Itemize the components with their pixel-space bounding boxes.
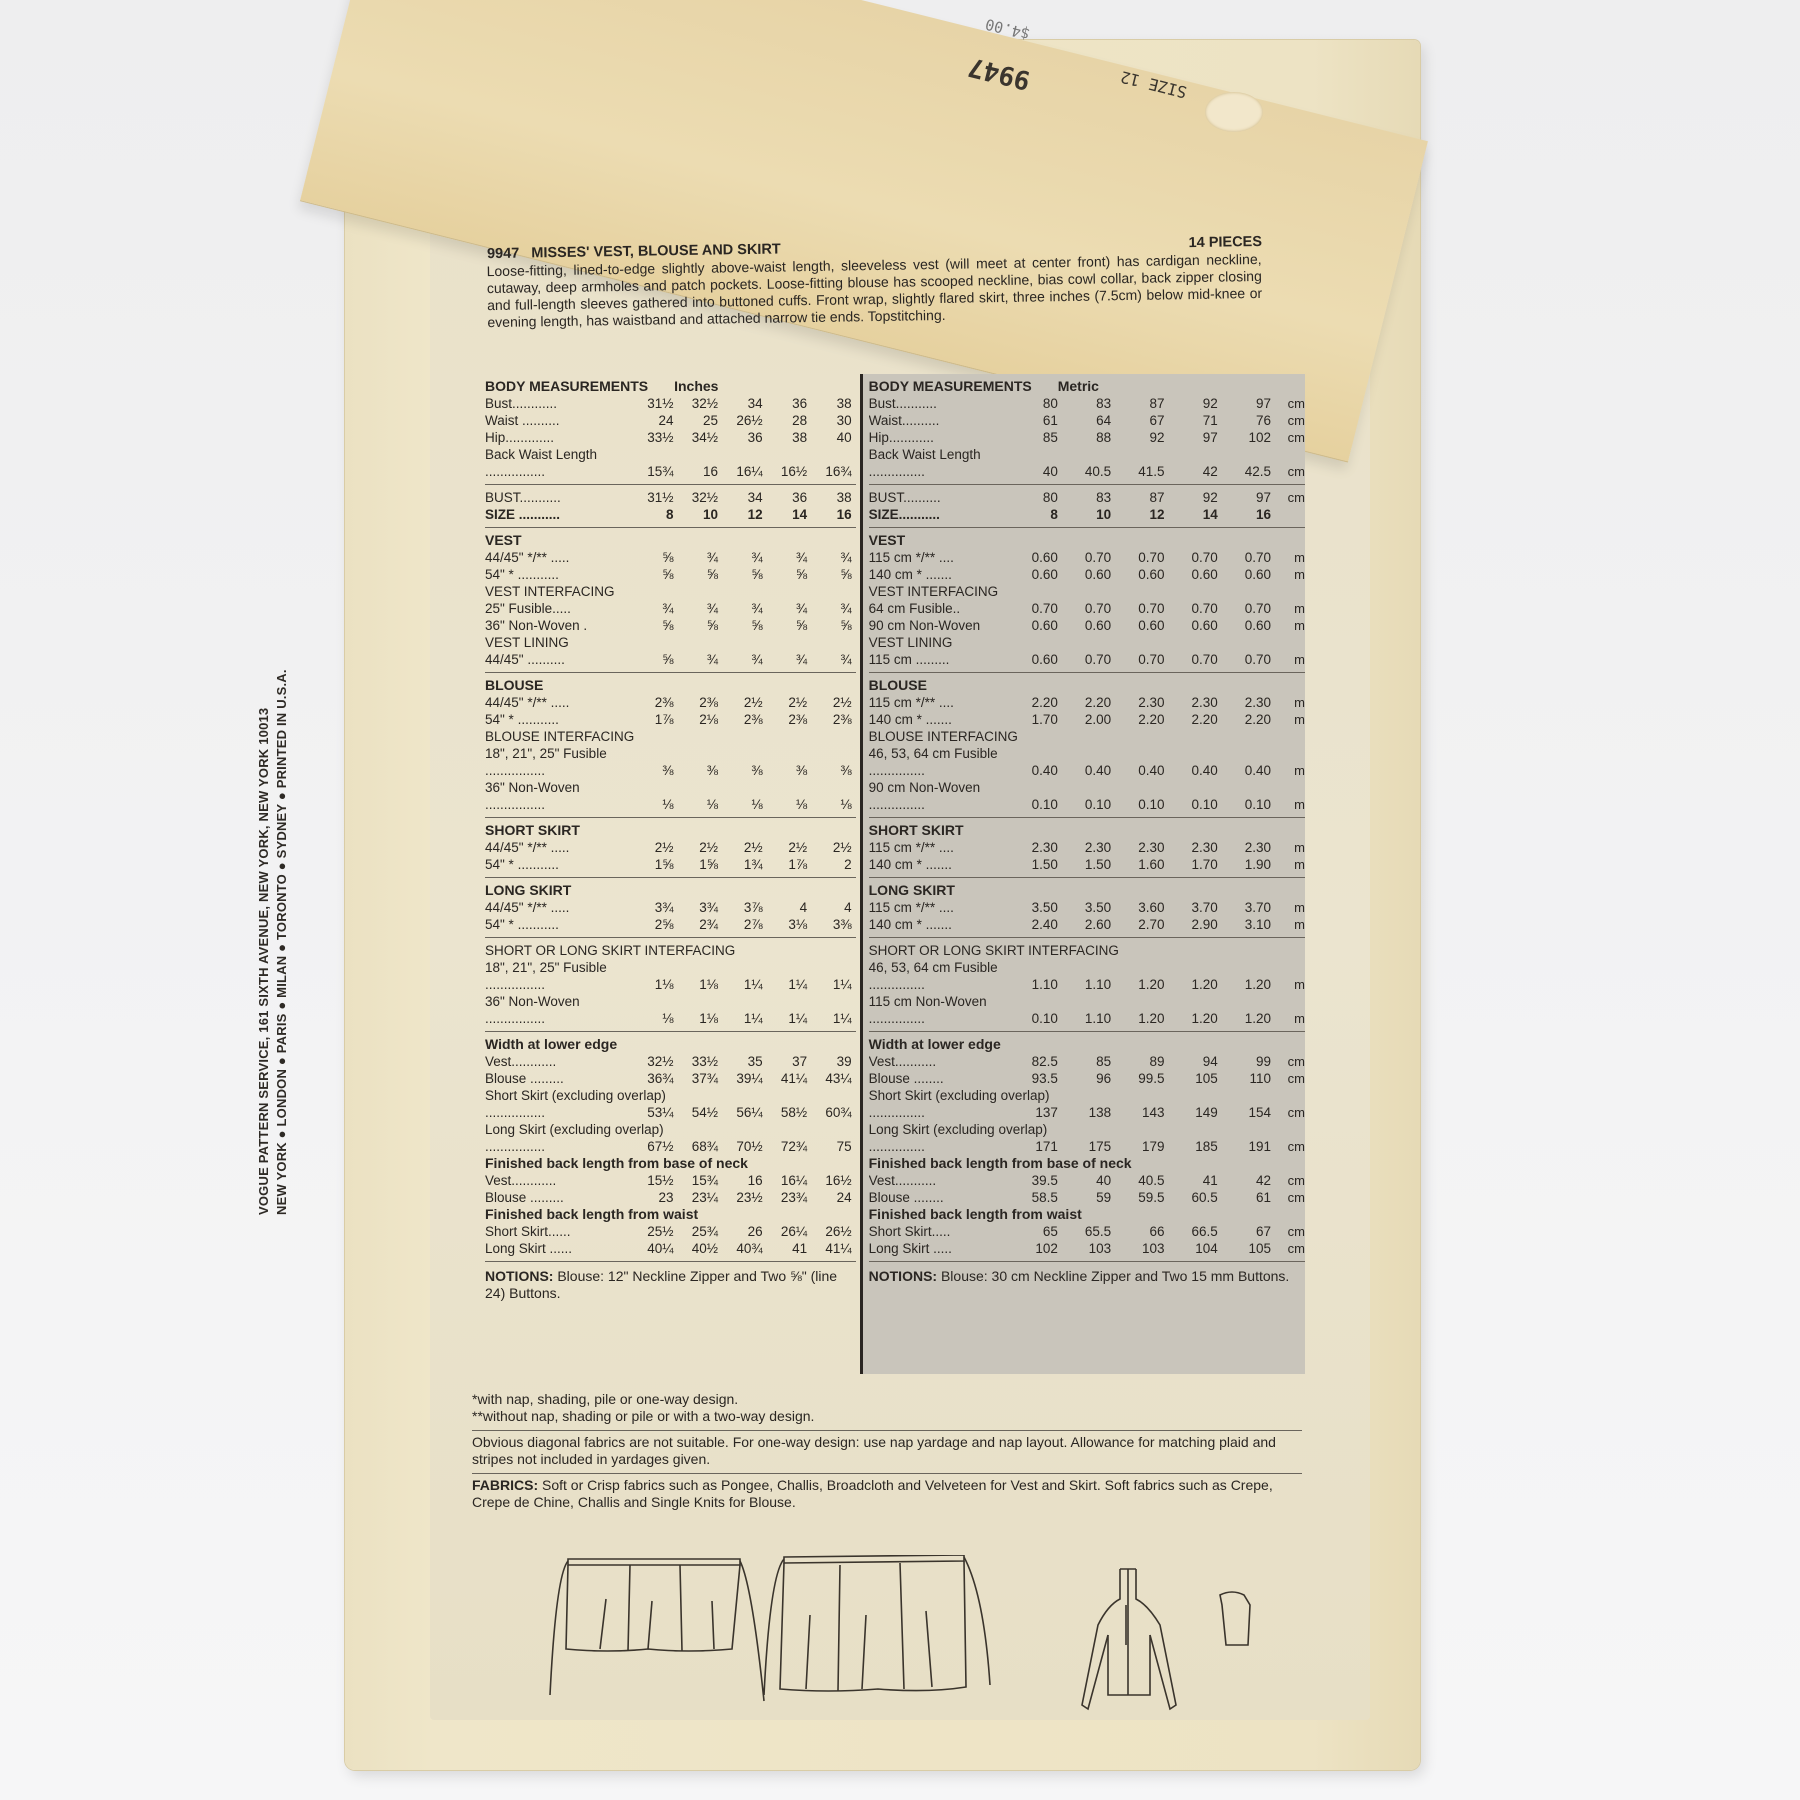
- short-skirt-drawing: [550, 1559, 764, 1701]
- cell-value: 1.50: [1009, 856, 1062, 873]
- cell-value: 8: [1009, 506, 1062, 523]
- cell-value: 32½: [678, 489, 723, 506]
- cell-value: 97: [1222, 395, 1275, 412]
- cell-value: 41.5: [1115, 463, 1168, 480]
- section-title: BLOUSE: [869, 677, 1305, 694]
- cell-value: 93.5: [1009, 1070, 1062, 1087]
- cell-value: 2½: [767, 694, 812, 711]
- unit-suffix: m: [1275, 762, 1305, 779]
- cell-value: 0.40: [1062, 762, 1115, 779]
- cell-value: 0.70: [1062, 651, 1115, 668]
- cell-value: 40: [1009, 463, 1062, 480]
- sub-label: 36" Non-Woven: [485, 993, 856, 1010]
- row-values: 40¼40½40¾4141¼: [633, 1240, 856, 1257]
- cell-value: 0.60: [1009, 651, 1062, 668]
- cell-value: 16¼: [767, 1172, 812, 1189]
- cell-value: ¾: [633, 600, 678, 617]
- cell-value: 1¼: [811, 1010, 856, 1027]
- cell-value: 42: [1168, 463, 1221, 480]
- table-row: SIZE ...........810121416: [485, 506, 856, 523]
- section-title: Width at lower edge: [485, 1036, 856, 1053]
- table-row: ...............0.100.100.100.100.10m: [869, 796, 1305, 813]
- cell-value: 75: [811, 1138, 856, 1155]
- unit-suffix: m: [1275, 916, 1305, 933]
- cell-value: 3¾: [633, 899, 678, 916]
- cell-value: 37¾: [678, 1070, 723, 1087]
- sub-label: 18", 21", 25" Fusible: [485, 745, 856, 762]
- cell-value: 1.50: [1062, 856, 1115, 873]
- cell-value: 0.40: [1115, 762, 1168, 779]
- row-label: 115 cm */** ....: [869, 899, 1009, 916]
- row-label: 54" * ...........: [485, 916, 633, 933]
- cell-value: 61: [1009, 412, 1062, 429]
- unit-suffix: [1275, 506, 1305, 523]
- section-notions: NOTIONS: Blouse: 12" Neckline Zipper and…: [485, 1262, 856, 1306]
- cell-value: ⅝: [633, 651, 678, 668]
- row-label: Short Skirt.....: [869, 1223, 1009, 1240]
- cell-value: 39: [811, 1053, 856, 1070]
- row-values: 1⅛1⅛1¼1¼1¼: [633, 976, 856, 993]
- section-title-text: SHORT SKIRT: [485, 822, 580, 838]
- table-row: 54" * ...........2⅝2¾2⅞3⅛3⅜: [485, 916, 856, 933]
- cell-value: 2.20: [1115, 711, 1168, 728]
- cell-value: 103: [1115, 1240, 1168, 1257]
- row-label: 36" Non-Woven .: [485, 617, 633, 634]
- unit-suffix: m: [1275, 856, 1305, 873]
- long-skirt-drawing: [764, 1555, 990, 1695]
- table-row: Short Skirt......25½25¾2626¼26½: [485, 1223, 856, 1240]
- row-label: 54" * ...........: [485, 856, 633, 873]
- cell-value: 1.10: [1062, 976, 1115, 993]
- row-label: ................: [485, 463, 633, 480]
- table-row: 44/45" */** .....2½2½2½2½2½: [485, 839, 856, 856]
- cell-value: 0.70: [1222, 651, 1275, 668]
- table-row: Vest............32½33½353739: [485, 1053, 856, 1070]
- row-values: 36¾37¾39¼41¼43¼: [633, 1070, 856, 1087]
- cell-value: 32½: [678, 395, 723, 412]
- table-row: ................1⅛1⅛1¼1¼1¼: [485, 976, 856, 993]
- cell-value: 0.10: [1168, 796, 1221, 813]
- table-row: Vest...........39.54040.54142cm: [869, 1172, 1305, 1189]
- row-label: 140 cm * .......: [869, 856, 1009, 873]
- section-title-text: VEST: [869, 532, 906, 548]
- pattern-number: 9947: [487, 246, 520, 263]
- cell-value: 72¾: [767, 1138, 812, 1155]
- row-label: BUST..........: [869, 489, 1009, 506]
- unit-suffix: cm: [1275, 463, 1305, 480]
- section-short-skirt: SHORT SKIRT44/45" */** .....2½2½2½2½2½54…: [485, 818, 856, 878]
- table-row: Blouse ........93.59699.5105110cm: [869, 1070, 1305, 1087]
- cell-value: ⅛: [633, 796, 678, 813]
- notions-text: Blouse: 30 cm Neckline Zipper and Two 15…: [937, 1268, 1289, 1284]
- section-title: BODY MEASUREMENTSInches: [485, 378, 856, 395]
- unit-suffix: m: [1275, 1010, 1305, 1027]
- cell-value: 94: [1168, 1053, 1221, 1070]
- cell-value: 0.70: [1115, 600, 1168, 617]
- table-row: 140 cm * .......1.702.002.202.202.20m: [869, 711, 1305, 728]
- cell-value: 59.5: [1115, 1189, 1168, 1206]
- cell-value: 42.5: [1222, 463, 1275, 480]
- unit-suffix: cm: [1275, 1172, 1305, 1189]
- fabrics-note: FABRICS: Soft or Crisp fabrics such as P…: [472, 1474, 1302, 1516]
- cell-value: 30: [811, 412, 856, 429]
- row-label: 44/45" */** .....: [485, 549, 633, 566]
- unit-suffix: m: [1275, 600, 1305, 617]
- table-row: ...............0.101.101.201.201.20m: [869, 1010, 1305, 1027]
- row-label: BUST...........: [485, 489, 633, 506]
- cell-value: 67: [1115, 412, 1168, 429]
- row-values: 58.55959.560.561: [1009, 1189, 1275, 1206]
- table-row: 64 cm Fusible..0.700.700.700.700.70m: [869, 600, 1305, 617]
- section-body-measurements: BODY MEASUREMENTSMetricBust...........80…: [869, 374, 1305, 485]
- cell-value: 1⅛: [678, 976, 723, 993]
- cell-value: 2½: [678, 839, 723, 856]
- cell-value: 1.20: [1222, 1010, 1275, 1027]
- cell-value: 85: [1009, 429, 1062, 446]
- row-values: 31½32½343638: [633, 395, 856, 412]
- cell-value: 10: [1062, 506, 1115, 523]
- sub-label: Back Waist Length: [869, 446, 1305, 463]
- cell-value: 102: [1009, 1240, 1062, 1257]
- cell-value: 1.20: [1222, 976, 1275, 993]
- sub-label: BLOUSE INTERFACING: [485, 728, 856, 745]
- cell-value: 23: [633, 1189, 678, 1206]
- unit-suffix: cm: [1275, 489, 1305, 506]
- cell-value: 2½: [633, 839, 678, 856]
- cell-value: 2.30: [1168, 839, 1221, 856]
- row-values: 4040.541.54242.5: [1009, 463, 1275, 480]
- section-title-text: Finished back length from waist: [869, 1206, 1082, 1222]
- cell-value: ⅛: [811, 796, 856, 813]
- section-title: Finished back length from base of neck: [869, 1155, 1305, 1172]
- cell-value: 41: [767, 1240, 812, 1257]
- cell-value: 2½: [811, 694, 856, 711]
- footnote-double-star: **without nap, shading or pile or with a…: [472, 1408, 1302, 1425]
- unit-suffix: cm: [1275, 1240, 1305, 1257]
- cell-value: 105: [1168, 1070, 1221, 1087]
- row-label: ................: [485, 1138, 633, 1155]
- cell-value: 1.20: [1115, 1010, 1168, 1027]
- row-values: 810121416: [633, 506, 856, 523]
- section-title-text: Width at lower edge: [869, 1036, 1001, 1052]
- row-label: ...............: [869, 976, 1009, 993]
- cell-value: 80: [1009, 489, 1062, 506]
- cell-value: ⅝: [811, 566, 856, 583]
- cell-value: 1.20: [1168, 1010, 1221, 1027]
- cell-value: 1¼: [722, 976, 767, 993]
- cell-value: 0.60: [1222, 566, 1275, 583]
- row-label: 54" * ...........: [485, 566, 633, 583]
- cell-value: 0.60: [1222, 617, 1275, 634]
- cell-value: 103: [1062, 1240, 1115, 1257]
- section-long-skirt: LONG SKIRT115 cm */** ....3.503.503.603.…: [869, 878, 1305, 938]
- sub-label: Long Skirt (excluding overlap): [485, 1121, 856, 1138]
- unit-suffix: m: [1275, 549, 1305, 566]
- table-row: 140 cm * .......0.600.600.600.600.60m: [869, 566, 1305, 583]
- cell-value: 14: [767, 506, 812, 523]
- cell-value: 40.5: [1062, 463, 1115, 480]
- row-values: ⅛⅛⅛⅛⅛: [633, 796, 856, 813]
- section-title-text: SHORT SKIRT: [869, 822, 964, 838]
- section-title: LONG SKIRT: [869, 882, 1305, 899]
- row-label: ...............: [869, 762, 1009, 779]
- cell-value: 14: [1168, 506, 1221, 523]
- table-row: Bust............31½32½343638: [485, 395, 856, 412]
- sub-label: 36" Non-Woven: [485, 779, 856, 796]
- row-values: 0.400.400.400.400.40: [1009, 762, 1275, 779]
- sub-label: Short Skirt (excluding overlap): [869, 1087, 1305, 1104]
- cell-value: 43¼: [811, 1070, 856, 1087]
- section-vest: VEST44/45" */** .....⅝¾¾¾¾54" * ........…: [485, 528, 856, 673]
- cell-value: 2½: [722, 694, 767, 711]
- unit-suffix: cm: [1275, 429, 1305, 446]
- table-row: 44/45" */** .....⅝¾¾¾¾: [485, 549, 856, 566]
- cell-value: 0.60: [1062, 617, 1115, 634]
- row-values: 85889297102: [1009, 429, 1275, 446]
- unit-suffix: cm: [1275, 1138, 1305, 1155]
- cell-value: 26½: [811, 1223, 856, 1240]
- row-values: 93.59699.5105110: [1009, 1070, 1275, 1087]
- table-row: 140 cm * .......2.402.602.702.903.10m: [869, 916, 1305, 933]
- row-values: 171175179185191: [1009, 1138, 1275, 1155]
- table-row: Short Skirt.....6565.56666.567cm: [869, 1223, 1305, 1240]
- unit-label: Metric: [1058, 378, 1099, 394]
- table-row: ................⅛⅛⅛⅛⅛: [485, 796, 856, 813]
- cell-value: 16½: [811, 1172, 856, 1189]
- cell-value: 34½: [678, 429, 723, 446]
- table-row: ................⅜⅜⅜⅜⅜: [485, 762, 856, 779]
- row-values: 2.302.302.302.302.30: [1009, 839, 1275, 856]
- row-label: Blouse .........: [485, 1189, 633, 1206]
- unit-suffix: m: [1275, 694, 1305, 711]
- table-row: 36" Non-Woven .⅝⅝⅝⅝⅝: [485, 617, 856, 634]
- cell-value: ⅝: [722, 617, 767, 634]
- cell-value: 1.90: [1222, 856, 1275, 873]
- row-values: 2323¼23½23¾24: [633, 1189, 856, 1206]
- cell-value: 0.10: [1009, 1010, 1062, 1027]
- sub-label: 18", 21", 25" Fusible: [485, 959, 856, 976]
- cell-value: 0.70: [1009, 600, 1062, 617]
- row-values: 2.402.602.702.903.10: [1009, 916, 1275, 933]
- cell-value: 23¾: [767, 1189, 812, 1206]
- fabrics-text: Soft or Crisp fabrics such as Pongee, Ch…: [472, 1477, 1273, 1510]
- cell-value: 56¼: [722, 1104, 767, 1121]
- row-label: ................: [485, 796, 633, 813]
- cell-value: 1⅝: [678, 856, 723, 873]
- cell-value: 92: [1115, 429, 1168, 446]
- footnote-single-star: *with nap, shading, pile or one-way desi…: [472, 1391, 1302, 1408]
- row-label: Waist ..........: [485, 412, 633, 429]
- cell-value: 0.60: [1115, 617, 1168, 634]
- row-label: 115 cm .........: [869, 651, 1009, 668]
- cell-value: 97: [1222, 489, 1275, 506]
- cell-value: 66.5: [1168, 1223, 1221, 1240]
- table-row: Blouse .........2323¼23½23¾24: [485, 1189, 856, 1206]
- cell-value: 38: [811, 489, 856, 506]
- row-values: 6164677176: [1009, 412, 1275, 429]
- unit-suffix: cm: [1275, 1189, 1305, 1206]
- cell-value: 71: [1168, 412, 1221, 429]
- cell-value: 2⅜: [678, 694, 723, 711]
- cell-value: 41: [1168, 1172, 1221, 1189]
- cell-value: 2.20: [1009, 694, 1062, 711]
- cell-value: ⅛: [767, 796, 812, 813]
- row-values: 137138143149154: [1009, 1104, 1275, 1121]
- cell-value: ⅜: [767, 762, 812, 779]
- cell-value: 1.70: [1168, 856, 1221, 873]
- row-values: ⅛1⅛1¼1¼1¼: [633, 1010, 856, 1027]
- cell-value: 2½: [811, 839, 856, 856]
- cell-value: 1¼: [767, 976, 812, 993]
- row-values: 25½25¾2626¼26½: [633, 1223, 856, 1240]
- row-label: ................: [485, 1104, 633, 1121]
- cell-value: 59: [1062, 1189, 1115, 1206]
- section-title: VEST: [869, 532, 1305, 549]
- section-blouse: BLOUSE44/45" */** .....2⅜2⅜2½2½2½54" * .…: [485, 673, 856, 818]
- cell-value: 39.5: [1009, 1172, 1062, 1189]
- cell-value: 10: [678, 506, 723, 523]
- row-label: Long Skirt ......: [485, 1240, 633, 1257]
- cell-value: 1⅝: [633, 856, 678, 873]
- row-label: ...............: [869, 1104, 1009, 1121]
- cell-value: 1.70: [1009, 711, 1062, 728]
- row-label: Vest............: [485, 1053, 633, 1070]
- section-body-measurements: BODY MEASUREMENTSInchesBust............3…: [485, 374, 856, 485]
- unit-suffix: cm: [1275, 1053, 1305, 1070]
- section-title: BODY MEASUREMENTSMetric: [869, 378, 1305, 395]
- table-row: Long Skirt .....102103103104105cm: [869, 1240, 1305, 1257]
- cell-value: 60.5: [1168, 1189, 1221, 1206]
- row-label: 115 cm */** ....: [869, 694, 1009, 711]
- table-row: ...............1.101.101.201.201.20m: [869, 976, 1305, 993]
- cell-value: 2½: [767, 839, 812, 856]
- cell-value: ⅝: [767, 617, 812, 634]
- unit-suffix: cm: [1275, 1223, 1305, 1240]
- cell-value: 3⅜: [811, 916, 856, 933]
- cell-value: 36: [722, 429, 767, 446]
- cell-value: 16¼: [722, 463, 767, 480]
- cell-value: 34: [722, 489, 767, 506]
- cell-value: 16¾: [811, 463, 856, 480]
- row-values: 0.101.101.201.201.20: [1009, 1010, 1275, 1027]
- section-finished-measurements: Width at lower edgeVest............32½33…: [485, 1032, 856, 1262]
- sub-label: 46, 53, 64 cm Fusible: [869, 959, 1305, 976]
- row-values: 67½68¾70½72¾75: [633, 1138, 856, 1155]
- cell-value: 2⅝: [633, 916, 678, 933]
- row-values: 0.100.100.100.100.10: [1009, 796, 1275, 813]
- cell-value: 33½: [633, 429, 678, 446]
- section-title: SHORT SKIRT: [485, 822, 856, 839]
- sub-label: 90 cm Non-Woven: [869, 779, 1305, 796]
- cell-value: 40½: [678, 1240, 723, 1257]
- cell-value: 4: [811, 899, 856, 916]
- cell-value: 31½: [633, 395, 678, 412]
- cell-value: ⅜: [633, 762, 678, 779]
- table-row: 44/45" */** .....3¾3¾3⅞44: [485, 899, 856, 916]
- cell-value: ⅛: [678, 796, 723, 813]
- cell-value: ⅝: [633, 549, 678, 566]
- cell-value: 2.30: [1168, 694, 1221, 711]
- cell-value: 0.40: [1168, 762, 1221, 779]
- cell-value: 76: [1222, 412, 1275, 429]
- cell-value: 61: [1222, 1189, 1275, 1206]
- sub-label: Long Skirt (excluding overlap): [869, 1121, 1305, 1138]
- section-title: SHORT SKIRT: [869, 822, 1305, 839]
- row-values: 1.702.002.202.202.20: [1009, 711, 1275, 728]
- table-row: ................53¼54½56¼58½60¾: [485, 1104, 856, 1121]
- row-label: Hip.............: [485, 429, 633, 446]
- section-skirt-interfacing: SHORT OR LONG SKIRT INTERFACING46, 53, 6…: [869, 938, 1305, 1032]
- section-title: BLOUSE: [485, 677, 856, 694]
- cell-value: 0.60: [1009, 617, 1062, 634]
- cell-value: ¾: [811, 549, 856, 566]
- table-row: Vest............15½15¾1616¼16½: [485, 1172, 856, 1189]
- row-label: ................: [485, 976, 633, 993]
- cell-value: 2.20: [1222, 711, 1275, 728]
- cell-value: ⅝: [722, 566, 767, 583]
- cell-value: 88: [1062, 429, 1115, 446]
- cell-value: 2.20: [1062, 694, 1115, 711]
- row-label: Vest...........: [869, 1053, 1009, 1070]
- cell-value: 92: [1168, 395, 1221, 412]
- row-label: Blouse .........: [485, 1070, 633, 1087]
- cell-value: 1¼: [767, 1010, 812, 1027]
- row-label: Bust............: [485, 395, 633, 412]
- sub-label: VEST LINING: [869, 634, 1305, 651]
- nap-footnotes: *with nap, shading, pile or one-way desi…: [472, 1388, 1302, 1431]
- cell-value: 26½: [722, 412, 767, 429]
- cell-value: 110: [1222, 1070, 1275, 1087]
- cell-value: 25½: [633, 1223, 678, 1240]
- cell-value: 0.40: [1222, 762, 1275, 779]
- cell-value: 15¾: [633, 463, 678, 480]
- section-title-text: LONG SKIRT: [869, 882, 955, 898]
- section-title-text: VEST: [485, 532, 522, 548]
- row-values: 3¾3¾3⅞44: [633, 899, 856, 916]
- section-vest: VEST115 cm */** ....0.600.700.700.700.70…: [869, 528, 1305, 673]
- cell-value: 143: [1115, 1104, 1168, 1121]
- cell-value: 92: [1168, 489, 1221, 506]
- row-values: ⅝⅝⅝⅝⅝: [633, 566, 856, 583]
- cell-value: 2.30: [1222, 694, 1275, 711]
- table-row: Blouse ........58.55959.560.561cm: [869, 1189, 1305, 1206]
- unit-suffix: m: [1275, 711, 1305, 728]
- notions-label: NOTIONS:: [869, 1268, 937, 1284]
- section-title: Width at lower edge: [869, 1036, 1305, 1053]
- cell-value: 0.10: [1222, 796, 1275, 813]
- section-title: Finished back length from base of neck: [485, 1155, 856, 1172]
- table-row: ................67½68¾70½72¾75: [485, 1138, 856, 1155]
- diagonal-note: Obvious diagonal fabrics are not suitabl…: [472, 1431, 1302, 1474]
- row-values: 2.202.202.302.302.30: [1009, 694, 1275, 711]
- section-size: BUST..........8083879297cmSIZE..........…: [869, 485, 1305, 528]
- section-short-skirt: SHORT SKIRT115 cm */** ....2.302.302.302…: [869, 818, 1305, 878]
- cell-value: 67: [1222, 1223, 1275, 1240]
- cell-value: 40: [811, 429, 856, 446]
- cell-value: 137: [1009, 1104, 1062, 1121]
- section-title: Finished back length from waist: [869, 1206, 1305, 1223]
- cell-value: 24: [633, 412, 678, 429]
- unit-suffix: m: [1275, 899, 1305, 916]
- cell-value: 0.60: [1168, 566, 1221, 583]
- cell-value: 2.30: [1009, 839, 1062, 856]
- cell-value: 80: [1009, 395, 1062, 412]
- row-values: 102103103104105: [1009, 1240, 1275, 1257]
- row-values: 53¼54½56¼58½60¾: [633, 1104, 856, 1121]
- cell-value: 15½: [633, 1172, 678, 1189]
- cell-value: 82.5: [1009, 1053, 1062, 1070]
- row-values: 82.585899499: [1009, 1053, 1275, 1070]
